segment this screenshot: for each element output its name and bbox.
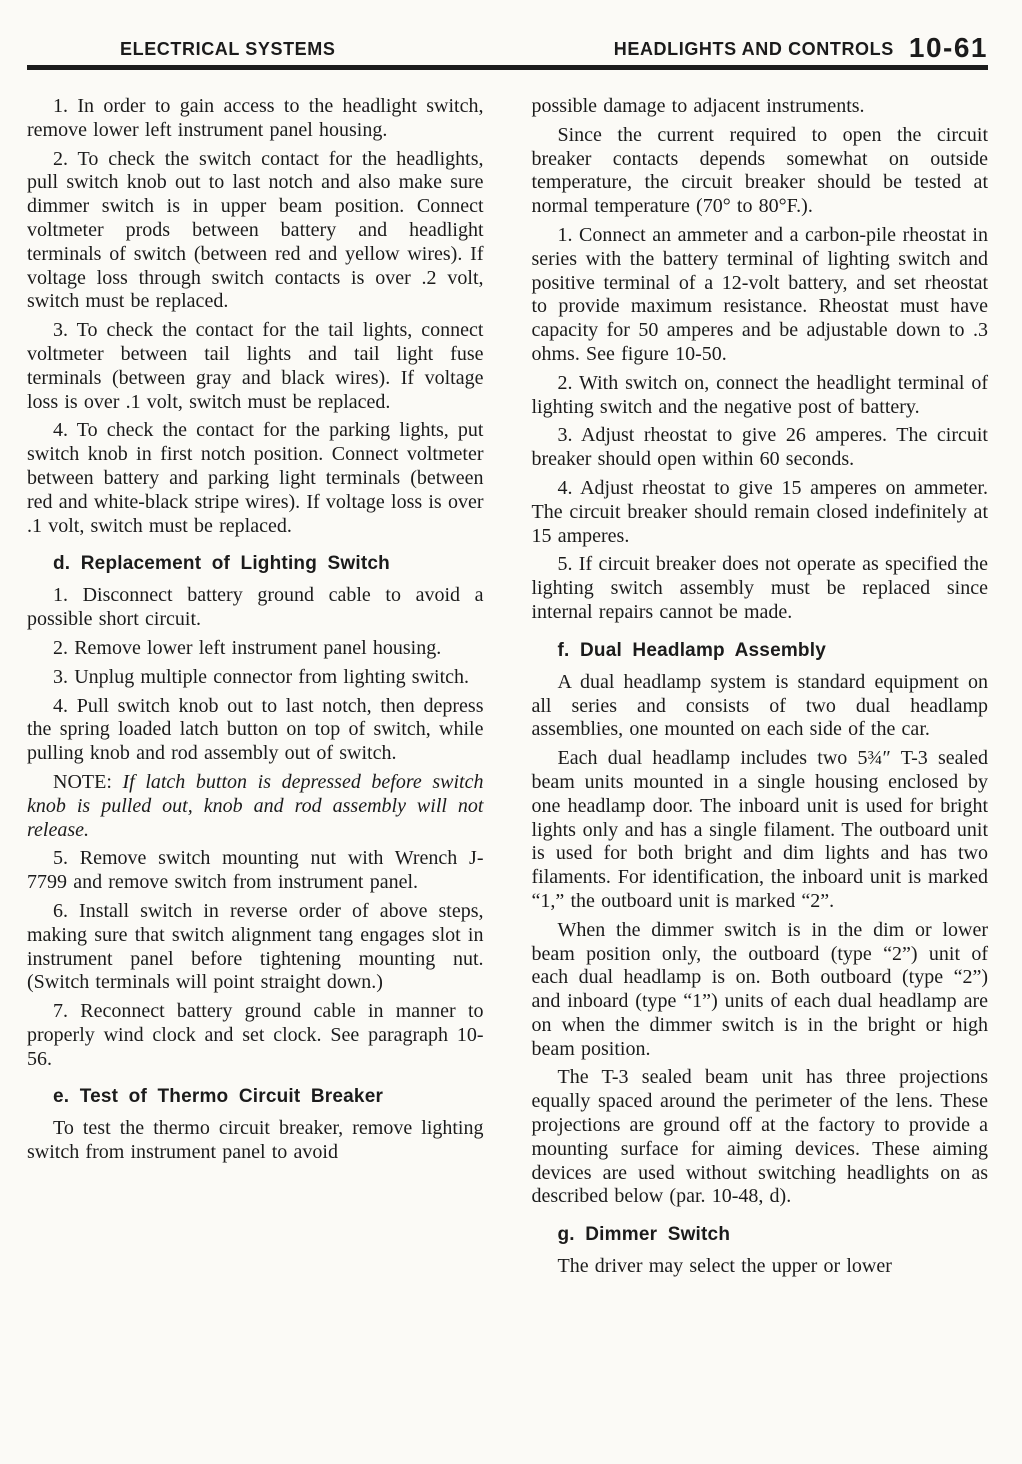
header-section-left: ELECTRICAL SYSTEMS [120, 39, 336, 60]
text-columns: 1. In order to gain access to the headli… [27, 95, 988, 1284]
paragraph: A dual headlamp system is standard equip… [532, 671, 989, 742]
note-label: NOTE: [53, 771, 112, 793]
section-heading: g. Dimmer Switch [532, 1224, 989, 1246]
paragraph: 4. Pull switch knob out to last notch, t… [27, 695, 484, 766]
paragraph: 4. To check the contact for the parking … [27, 419, 484, 538]
header-section-right: HEADLIGHTS AND CONTROLS [614, 39, 894, 60]
page-header: ELECTRICAL SYSTEMS HEADLIGHTS AND CONTRO… [27, 30, 988, 70]
section-heading: e. Test of Thermo Circuit Breaker [27, 1086, 484, 1108]
paragraph: 2. To check the switch contact for the h… [27, 148, 484, 315]
paragraph: 2. Remove lower left instrument panel ho… [27, 637, 484, 661]
paragraph: 2. With switch on, connect the headlight… [532, 372, 989, 420]
paragraph: 3. To check the contact for the tail lig… [27, 319, 484, 414]
paragraph: 3. Unplug multiple connector from lighti… [27, 666, 484, 690]
paragraph: To test the thermo circuit breaker, remo… [27, 1117, 484, 1165]
paragraph: Each dual headlamp includes two 5¾″ T-3 … [532, 747, 989, 914]
paragraph: possible damage to adjacent instruments. [532, 95, 989, 119]
paragraph: 5. If circuit breaker does not operate a… [532, 553, 989, 624]
paragraph: Since the current required to open the c… [532, 124, 989, 219]
manual-page: ELECTRICAL SYSTEMS HEADLIGHTS AND CONTRO… [0, 0, 1022, 1464]
paragraph: 5. Remove switch mounting nut with Wrenc… [27, 847, 484, 895]
section-heading: d. Replacement of Lighting Switch [27, 553, 484, 575]
paragraph: When the dimmer switch is in the dim or … [532, 919, 989, 1062]
paragraph: 1. Connect an ammeter and a carbon-pile … [532, 224, 989, 367]
section-heading: f. Dual Headlamp Assembly [532, 640, 989, 662]
column-left: 1. In order to gain access to the headli… [27, 95, 484, 1284]
paragraph: 1. Disconnect battery ground cable to av… [27, 584, 484, 632]
paragraph: 4. Adjust rheostat to give 15 amperes on… [532, 477, 989, 548]
paragraph: The driver may select the upper or lower [532, 1255, 989, 1279]
paragraph: 1. In order to gain access to the headli… [27, 95, 484, 143]
column-right: possible damage to adjacent instruments.… [532, 95, 989, 1284]
note-paragraph: NOTE: If latch button is depressed befor… [27, 771, 484, 842]
paragraph: 7. Reconnect battery ground cable in man… [27, 1000, 484, 1071]
paragraph: The T-3 sealed beam unit has three proje… [532, 1066, 989, 1209]
paragraph: 6. Install switch in reverse order of ab… [27, 900, 484, 995]
page-number: 10-61 [909, 32, 988, 64]
paragraph: 3. Adjust rheostat to give 26 amperes. T… [532, 424, 989, 472]
